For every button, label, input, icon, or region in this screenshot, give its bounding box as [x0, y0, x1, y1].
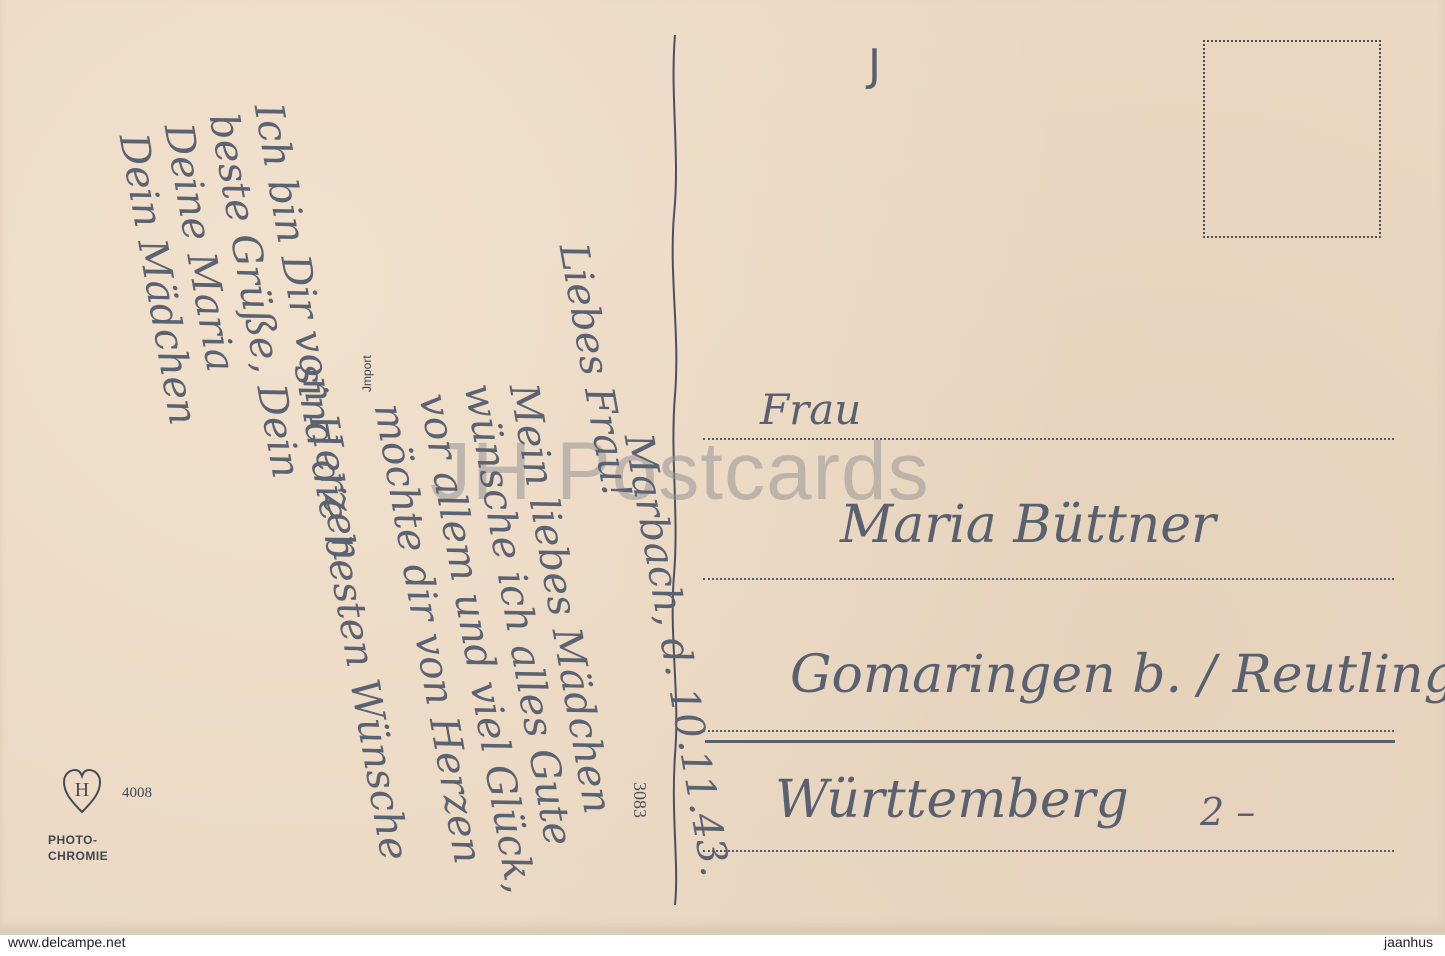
stamp-placeholder-box: [1203, 40, 1381, 238]
publisher-label-line2: CHROMIE: [48, 848, 108, 864]
postcard-back: JH Postcards J Frau Maria Büttner Gomari…: [0, 0, 1445, 935]
import-mark: Jmport: [360, 355, 374, 392]
publisher-label: PHOTO- CHROMIE: [48, 832, 108, 864]
publisher-number: 4008: [122, 785, 152, 802]
address-line-3: [703, 730, 1394, 732]
address-city: Gomaringen b. / Reutlingen: [790, 645, 1445, 705]
address-region: Württemberg: [775, 770, 1129, 830]
address-line-4: [703, 850, 1394, 852]
address-note: 2 –: [1200, 790, 1255, 834]
address-line-3-solid: [705, 740, 1395, 743]
address-line-2: [703, 578, 1394, 580]
footer-seller-name[interactable]: jaanhus: [1384, 934, 1433, 956]
check-mark: J: [868, 40, 881, 91]
heart-hb-monogram-icon: H: [62, 768, 102, 814]
publisher-label-line1: PHOTO-: [48, 832, 108, 848]
serial-number: 3083: [629, 782, 650, 818]
footer-source-link[interactable]: www.delcampe.net: [8, 934, 126, 956]
address-salutation: Frau: [760, 385, 861, 434]
svg-text:H: H: [75, 779, 89, 801]
address-name: Maria Büttner: [840, 495, 1216, 555]
